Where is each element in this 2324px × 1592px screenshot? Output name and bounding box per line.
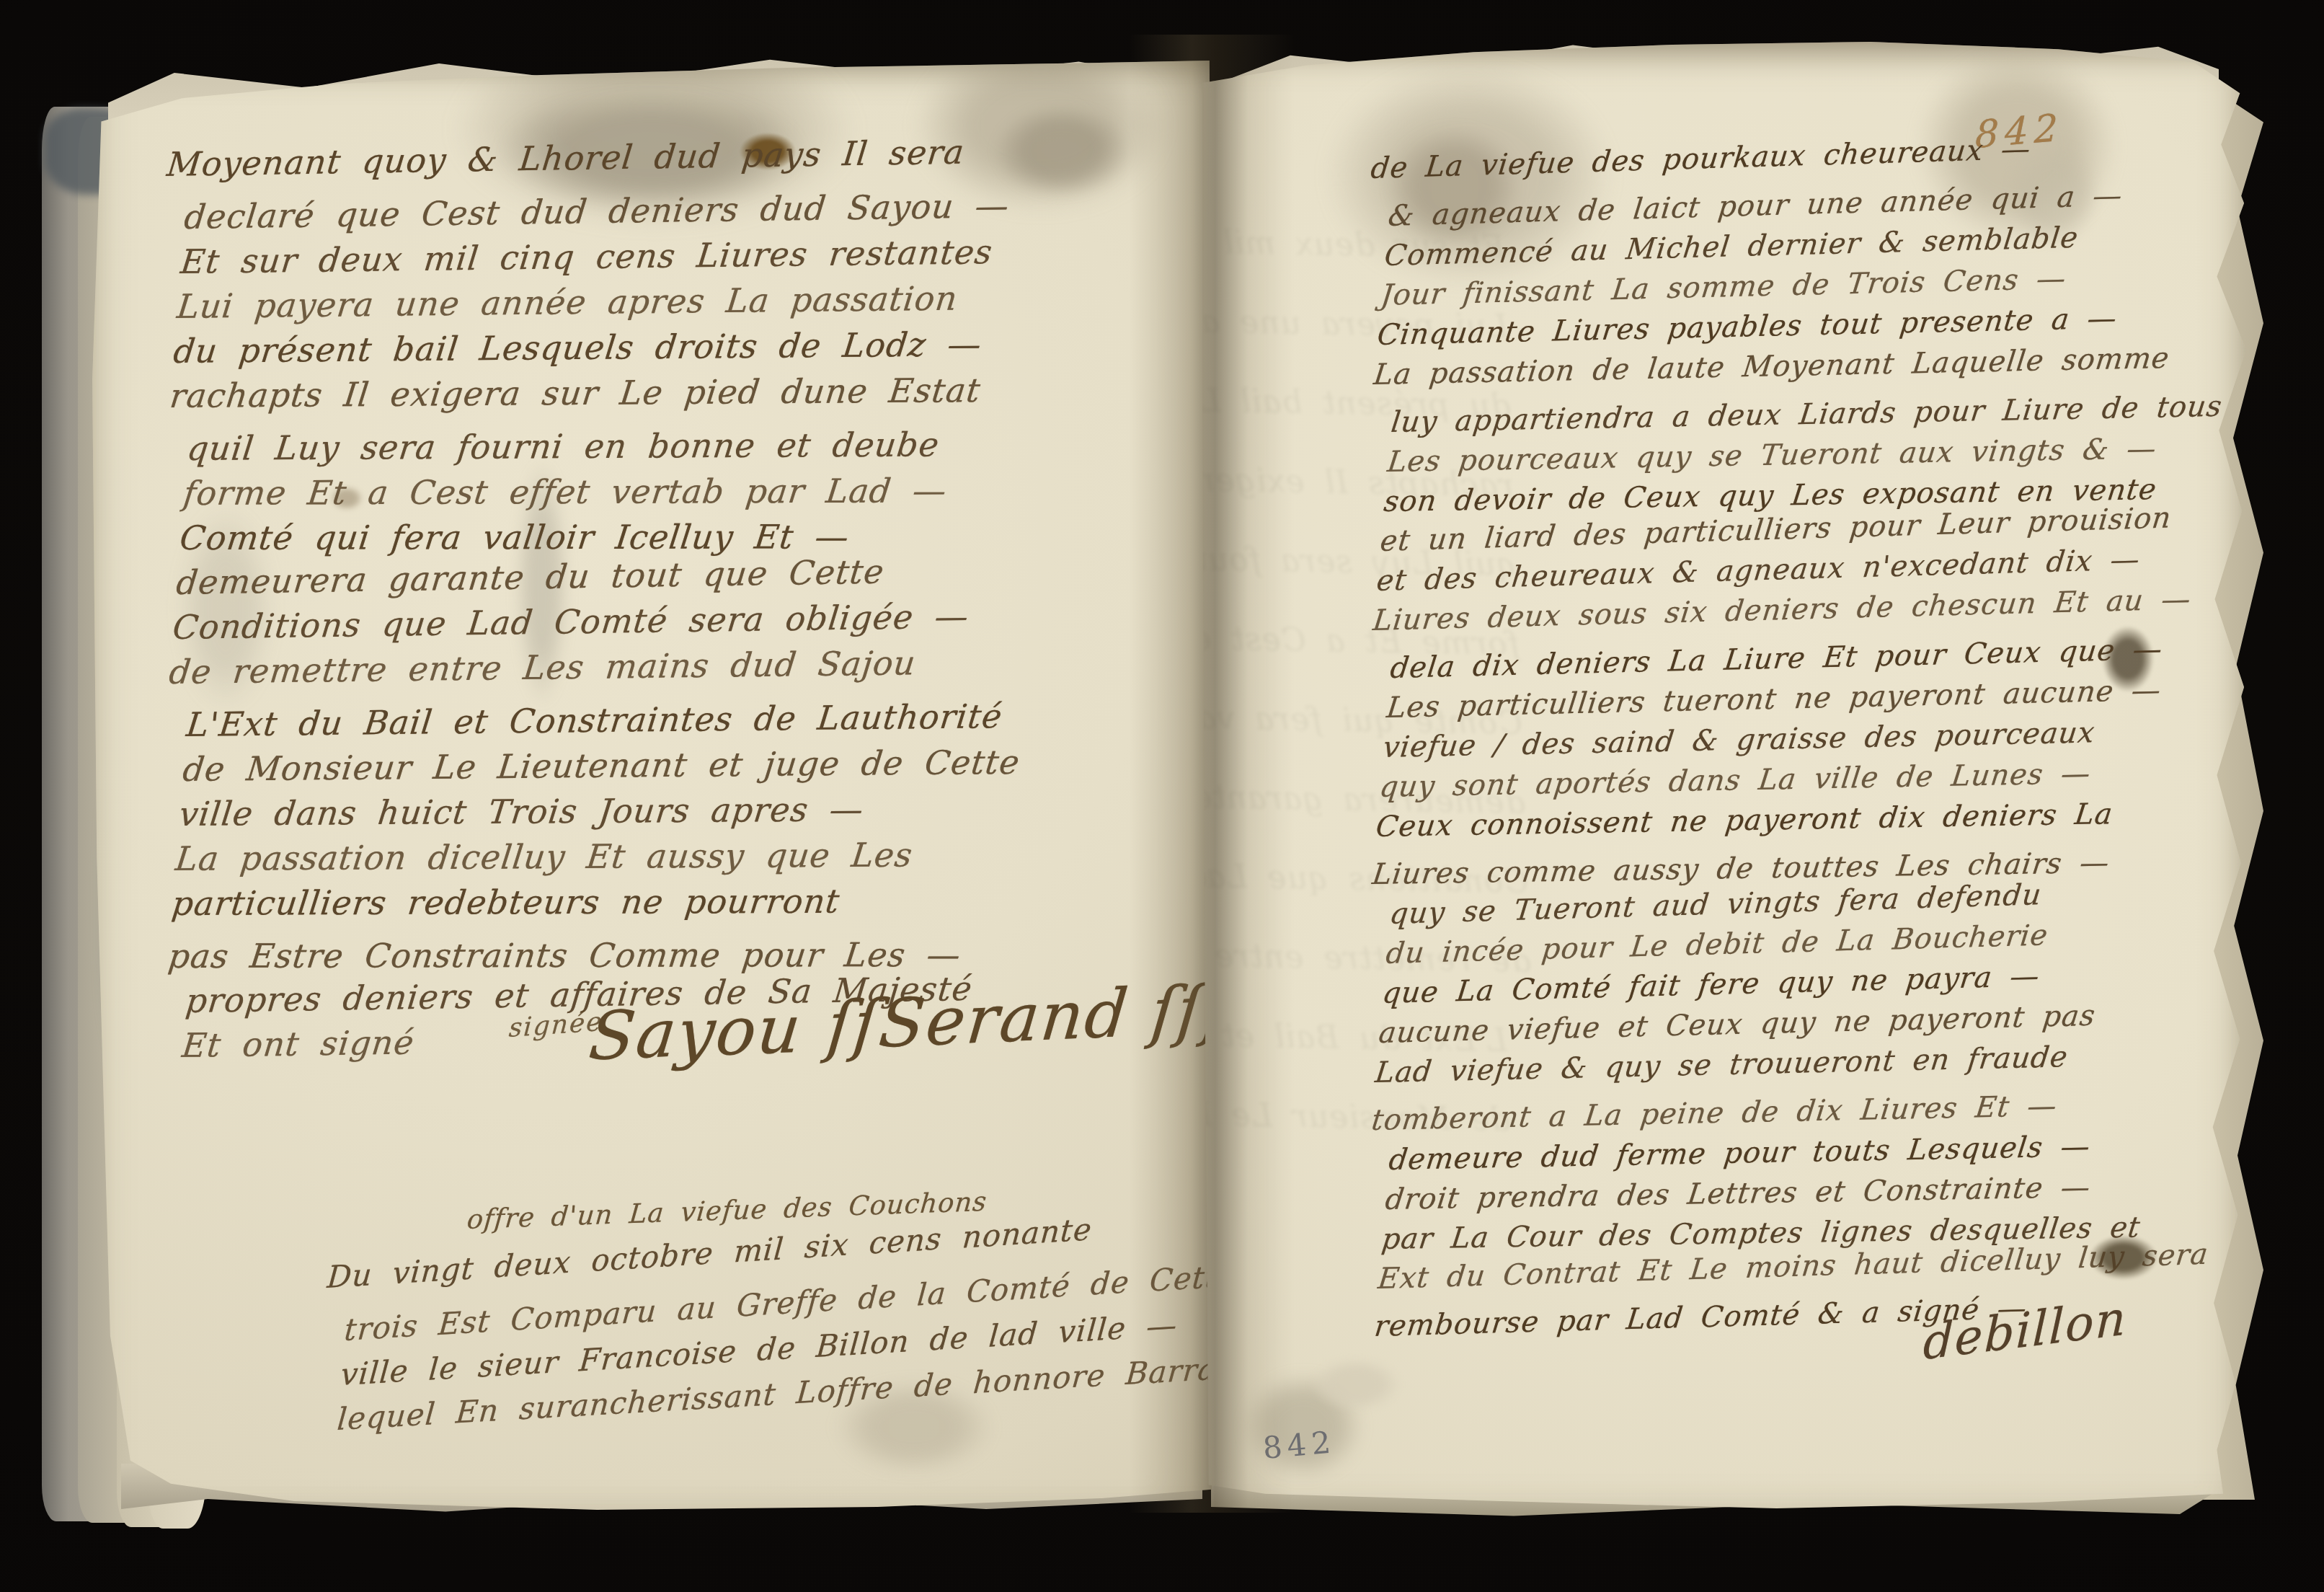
manuscript-line: La passation dicelluy Et aussy que Les bbox=[174, 836, 915, 878]
manuscript-line: de remettre entre Les mains dud Sajou bbox=[167, 643, 918, 691]
manuscript-line: de Monsieur Le Lieutenant et juge de Cet… bbox=[181, 743, 1022, 789]
right-page: Et sur deux mil cinq cens Liures restant… bbox=[1202, 42, 2246, 1508]
manuscript-line: Lui payera une année apres La passation bbox=[175, 279, 959, 326]
manuscript-line: declaré que Cest dud deniers dud Sayou — bbox=[182, 186, 1011, 236]
signature-sayou: Sayou bbox=[585, 990, 806, 1075]
manuscript-line: Conditions que Lad Comté sera obligée — bbox=[171, 597, 971, 647]
manuscript-line: Et sur deux mil cinq cens Liures restant… bbox=[179, 232, 995, 281]
manuscript-line: Et ont signé bbox=[180, 1022, 417, 1065]
manuscript-line: tomberont a La peine de dix Liures Et — bbox=[1370, 1089, 2059, 1137]
manuscript-line: particulliers redebteurs ne pourront bbox=[170, 882, 842, 923]
stain bbox=[993, 104, 1130, 198]
manuscript-line: de La viefue des pourkaux cheureaux — bbox=[1369, 133, 2032, 185]
manuscript-line: Moyenant quoy & Lhorel dud pays Il sera bbox=[165, 133, 967, 184]
manuscript-line: pas Estre Constraints Comme pour Les — bbox=[167, 935, 964, 976]
manuscript-line: droit prendra des Lettres et Constrainte… bbox=[1383, 1171, 2093, 1216]
manuscript-line: quil Luy sera fourni en bonne et deube bbox=[185, 425, 941, 468]
manuscript-line: rachapts Il exigera sur Le pied dune Est… bbox=[168, 371, 983, 415]
manuscript-line: demeurera garante du tout que Cette bbox=[174, 552, 886, 603]
stain bbox=[1310, 1358, 1401, 1412]
book-photo: Cinquante Liures payables tout presente … bbox=[0, 0, 2324, 1592]
manuscript-line: quy sont aportés dans La ville de Lunes … bbox=[1378, 757, 2093, 804]
manuscript-line: du présent bail Lesquels droits de Lodz … bbox=[172, 324, 984, 371]
page-number-pencil: 842 bbox=[1261, 1424, 1337, 1466]
manuscript-line: Les pourceaux quy se Tueront aux vingts … bbox=[1385, 432, 2158, 479]
left-page: Cinquante Liures payables tout presente … bbox=[92, 61, 1214, 1510]
manuscript-line: forme Et a Cest effet vertab par Lad — bbox=[182, 471, 949, 513]
manuscript-line: ville dans huict Trois Jours apres — bbox=[177, 790, 866, 833]
manuscript-line: Comté qui fera valloir Icelluy Et — bbox=[178, 517, 851, 557]
manuscript-line: L'Ext du Bail et Constraintes de Lauthor… bbox=[185, 696, 1005, 744]
manuscript-line: luy appartiendra a deux Liards pour Liur… bbox=[1389, 390, 2224, 439]
